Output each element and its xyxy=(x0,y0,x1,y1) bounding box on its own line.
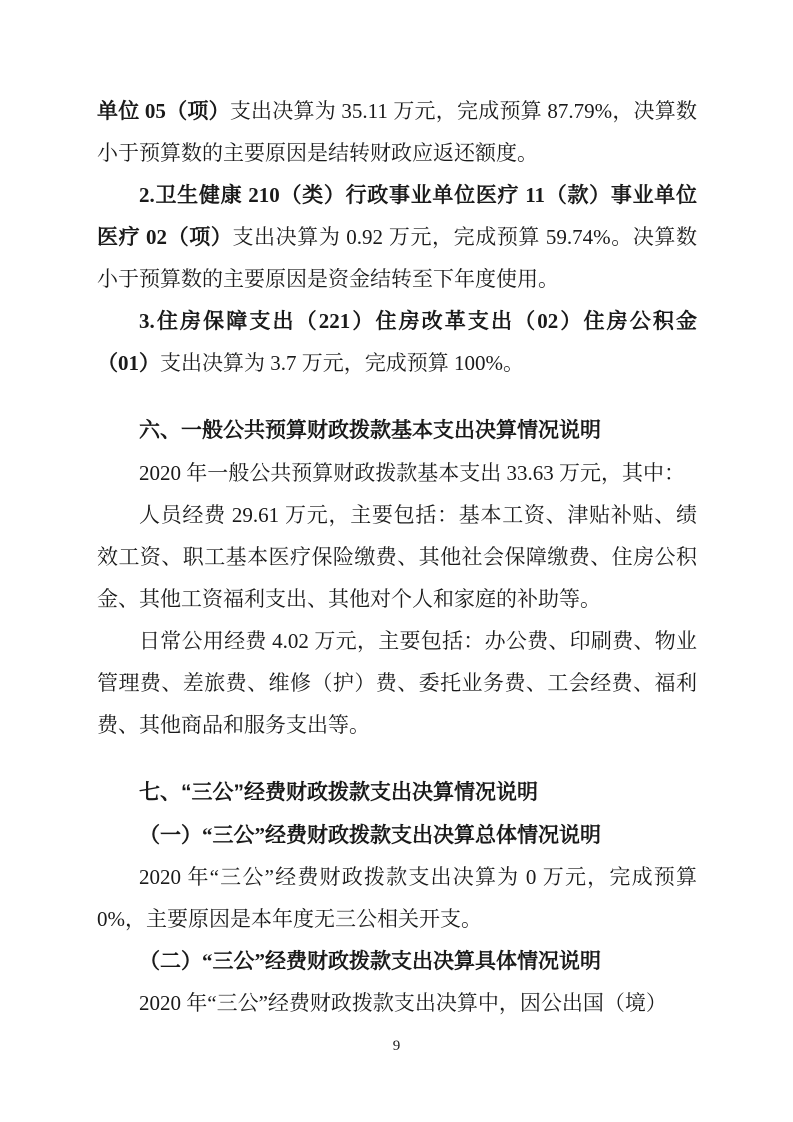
bold-run-unit05: 单位 05（项） xyxy=(97,99,230,123)
paragraph-section7-sub1: 2020 年“三公”经费财政拨款支出决算为 0 万元，完成预算 0%，主要原因是… xyxy=(97,856,697,940)
paragraph-section6-daily: 日常公用经费 4.02 万元，主要包括：办公费、印刷费、物业管理费、差旅费、维修… xyxy=(97,620,697,746)
paragraph-section7-sub2: 2020 年“三公”经费财政拨款支出决算中，因公出国（境） xyxy=(97,982,697,1024)
paragraph-health-expenditure: 2.卫生健康 210（类）行政事业单位医疗 11（款）事业单位医疗 02（项）支… xyxy=(97,174,697,300)
paragraph-unit05-expenditure: 单位 05（项）支出决算为 35.11 万元，完成预算 87.79%，决算数小于… xyxy=(97,90,697,174)
section6-heading: 六、一般公共预算财政拨款基本支出决算情况说明 xyxy=(97,410,697,452)
paragraph-housing-expenditure: 3.住房保障支出（221）住房改革支出（02）住房公积金（01）支出决算为 3.… xyxy=(97,300,697,384)
paragraph-section6-total: 2020 年一般公共预算财政拨款基本支出 33.63 万元，其中： xyxy=(97,452,697,494)
section7-heading: 七、“三公”经费财政拨款支出决算情况说明 xyxy=(97,772,697,814)
document-page: 单位 05（项）支出决算为 35.11 万元，完成预算 87.79%，决算数小于… xyxy=(0,0,793,1122)
section7-sub1-heading: （一）“三公”经费财政拨款支出决算总体情况说明 xyxy=(97,814,697,856)
document-content: 单位 05（项）支出决算为 35.11 万元，完成预算 87.79%，决算数小于… xyxy=(97,90,697,1024)
paragraph-section6-personnel: 人员经费 29.61 万元，主要包括：基本工资、津贴补贴、绩效工资、职工基本医疗… xyxy=(97,494,697,620)
section7-sub2-heading: （二）“三公”经费财政拨款支出决算具体情况说明 xyxy=(97,940,697,982)
page-number: 9 xyxy=(0,1036,793,1056)
text-run-housing: 支出决算为 3.7 万元，完成预算 100%。 xyxy=(160,351,524,375)
